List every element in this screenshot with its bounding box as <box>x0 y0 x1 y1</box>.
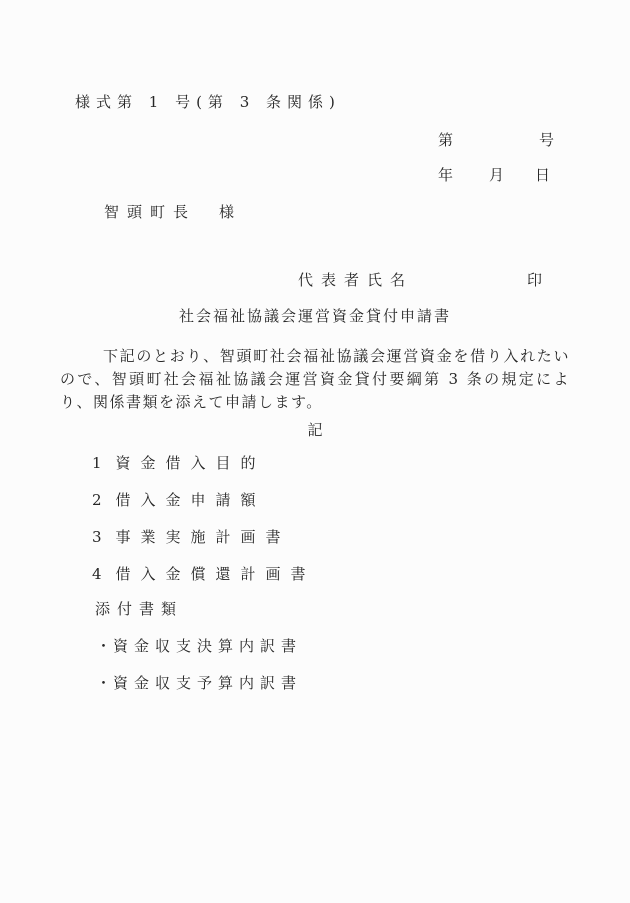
list-item-2: 2借入金申請額 <box>92 493 266 508</box>
document-number-prefix: 第 <box>438 133 453 148</box>
list-item-label: 資金借入目的 <box>116 454 266 472</box>
representative-name-label: 代表者氏名 <box>298 273 413 288</box>
body-paragraph: 下記のとおり、智頭町社会福祉協議会運営資金を借り入れたいので、智頭町社会福祉協議… <box>60 345 570 414</box>
list-item-label: 借入金申請額 <box>116 491 266 509</box>
date-month-label: 月 <box>489 168 504 183</box>
list-item-4: 4借入金償還計画書 <box>92 567 316 582</box>
list-item-number: 1 <box>92 456 102 471</box>
document-title: 社会福祉協議会運営資金貸付申請書 <box>0 309 630 324</box>
list-item-1: 1資金借入目的 <box>92 456 266 471</box>
record-marker: 記 <box>0 423 630 438</box>
list-item-label: 事業実施計画書 <box>116 528 291 546</box>
addressee-honorific: 様 <box>219 205 234 220</box>
list-item-number: 4 <box>92 567 102 582</box>
date-day-label: 日 <box>535 168 550 183</box>
attachment-item-label: 資金収支予算内訳書 <box>113 674 302 692</box>
document-number-unit: 号 <box>539 133 554 148</box>
addressee-name: 智頭町長 <box>104 205 196 220</box>
bullet-icon: ・ <box>96 676 111 691</box>
list-item-number: 2 <box>92 493 102 508</box>
attachment-item-label: 資金収支決算内訳書 <box>113 637 302 655</box>
attachment-item-1: ・資金収支決算内訳書 <box>96 639 302 654</box>
form-number: 様式第 1 号(第 3 条関係) <box>75 95 341 110</box>
list-item-3: 3事業実施計画書 <box>92 530 291 545</box>
date-year-label: 年 <box>438 168 453 183</box>
list-item-label: 借入金償還計画書 <box>116 565 316 583</box>
attachments-heading: 添付書類 <box>95 602 183 617</box>
bullet-icon: ・ <box>96 639 111 654</box>
document-page: 様式第 1 号(第 3 条関係) 第 号 年 月 日 智頭町長 様 代表者氏名 … <box>0 0 630 903</box>
list-item-number: 3 <box>92 530 102 545</box>
seal-mark: 印 <box>527 273 542 288</box>
attachment-item-2: ・資金収支予算内訳書 <box>96 676 302 691</box>
